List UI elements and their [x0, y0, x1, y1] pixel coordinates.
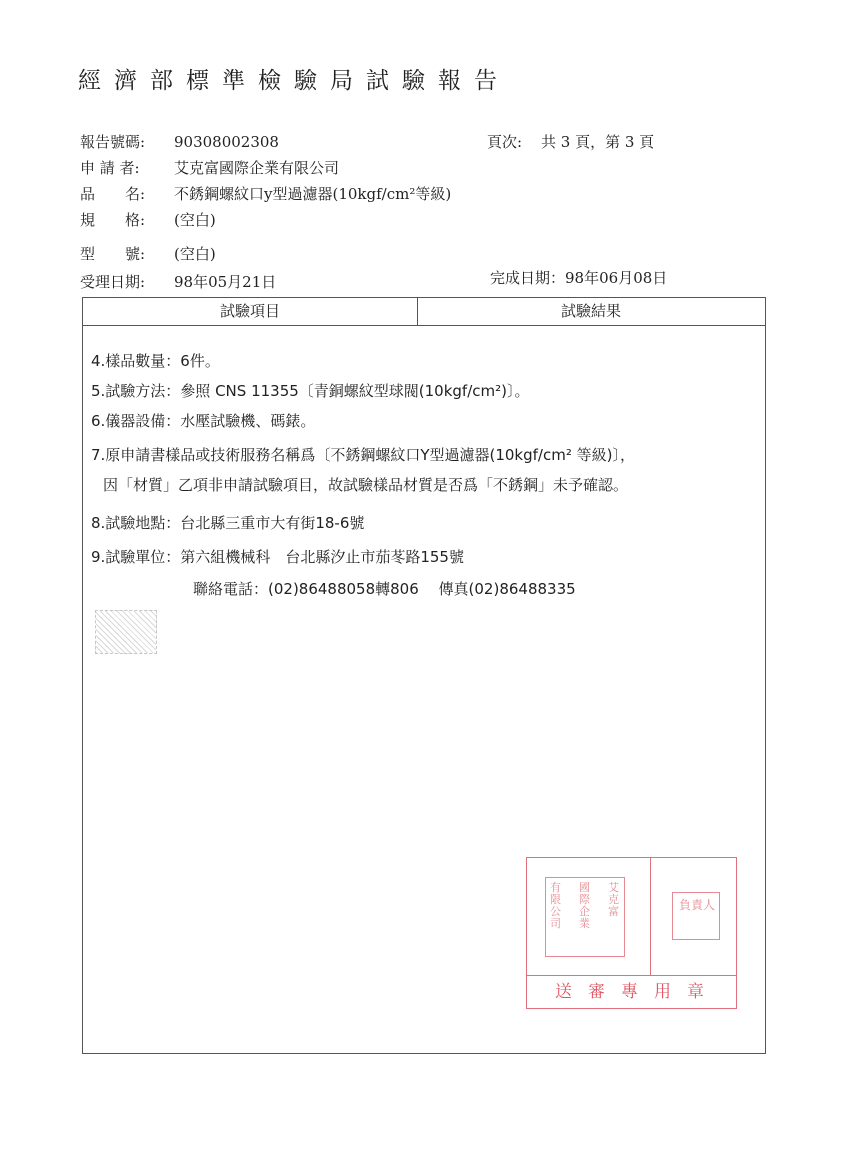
seal-divider-vertical — [650, 858, 651, 975]
company-seal-col1: 艾克富 — [608, 882, 620, 918]
specification: 規 格:(空白) — [80, 209, 216, 230]
received-date-value: 98年05月21日 — [174, 273, 276, 291]
completed-date: 完成日期：98年06月08日 — [490, 267, 667, 288]
page-value: 共 3 頁，第 3 頁 — [541, 133, 654, 151]
company-seal-col2: 國際企業 — [579, 882, 591, 930]
company-seal: 艾克富 國際企業 有限公司 — [545, 877, 625, 957]
received-date-label: 受理日期: — [80, 271, 174, 292]
model: 型 號:(空白) — [80, 243, 216, 264]
table-header: 試驗項目 試驗結果 — [83, 298, 765, 326]
product-name-label: 品 名: — [80, 183, 174, 204]
completed-date-value: 98年06月08日 — [565, 269, 667, 287]
report-number: 報告號碼:90308002308 — [80, 131, 279, 152]
representative-seal-text: 負責人 — [679, 899, 715, 912]
specification-label: 規 格: — [80, 209, 174, 230]
header-test-items: 試驗項目 — [83, 298, 418, 325]
seal-caption: 送審專用章 — [527, 976, 736, 1008]
item-test-method: 5.試驗方法：參照 CNS 11355〔青銅螺紋型球閥(10kgf/cm²)〕。 — [91, 380, 530, 401]
submission-seal-box: 艾克富 國際企業 有限公司 負責人 送審專用章 — [526, 857, 737, 1009]
document-title: 經濟部標準檢驗局試驗報告 — [78, 62, 510, 95]
completed-date-label: 完成日期： — [490, 269, 565, 287]
report-number-value: 90308002308 — [174, 133, 279, 151]
item-material-note: 因「材質」乙項非申請試驗項目，故試驗樣品材質是否爲「不銹鋼」未予確認。 — [103, 474, 628, 495]
faint-stamp-mark — [95, 610, 157, 654]
product-name-value: 不銹鋼螺紋口y型過濾器(10kgf/cm²等級) — [174, 185, 451, 203]
applicant: 申 請 者:艾克富國際企業有限公司 — [80, 157, 339, 178]
company-seal-col3: 有限公司 — [550, 882, 562, 930]
specification-value: (空白) — [174, 211, 216, 229]
received-date: 受理日期:98年05月21日 — [80, 271, 276, 292]
applicant-label: 申 請 者: — [80, 157, 174, 178]
page-indicator: 頁次:共 3 頁，第 3 頁 — [487, 131, 654, 152]
item-sample-quantity: 4.樣品數量：6件。 — [91, 350, 220, 371]
representative-seal: 負責人 — [672, 892, 720, 940]
applicant-value: 艾克富國際企業有限公司 — [174, 159, 339, 177]
item-equipment: 6.儀器設備：水壓試驗機、碼錶。 — [91, 410, 315, 431]
item-contact: 聯絡電話：(02)86488058轉806 傳真(02)86488335 — [193, 578, 576, 599]
header-test-results: 試驗結果 — [417, 298, 765, 325]
item-test-location: 8.試驗地點：台北縣三重市大有街18-6號 — [91, 512, 364, 533]
product-name: 品 名:不銹鋼螺紋口y型過濾器(10kgf/cm²等級) — [80, 183, 451, 204]
model-label: 型 號: — [80, 243, 174, 264]
item-test-unit: 9.試驗單位：第六組機械科 台北縣汐止市茄苳路155號 — [91, 546, 464, 567]
page-label: 頁次: — [487, 131, 541, 152]
item-original-name: 7.原申請書樣品或技術服務名稱爲〔不銹鋼螺紋口Y型過濾器(10kgf/cm² 等… — [91, 444, 635, 465]
report-number-label: 報告號碼: — [80, 131, 174, 152]
model-value: (空白) — [174, 245, 216, 263]
